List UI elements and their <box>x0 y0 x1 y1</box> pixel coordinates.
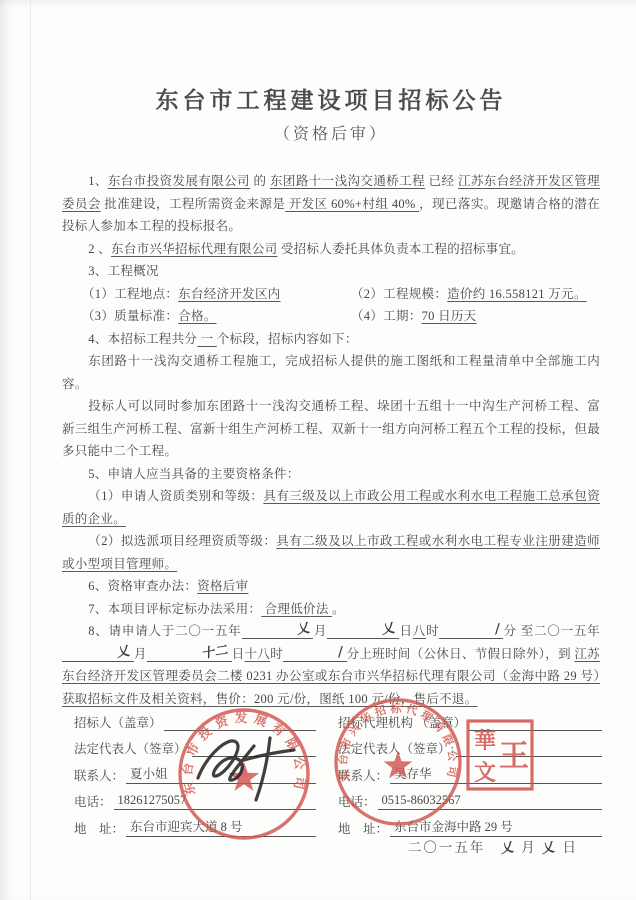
text: 个标段，招标内容如下： <box>217 332 358 346</box>
agency-seal-row: 招标代理机构 （盖章） <box>338 704 602 731</box>
blank-start-month: 乂 <box>242 625 314 639</box>
month-text: 月 <box>521 840 537 855</box>
value-underlined: 资格后审 <box>197 579 248 593</box>
project-name-underlined: 东团路十一浅沟交通桥工程 <box>270 174 425 188</box>
scan-crease-line <box>30 0 31 900</box>
bidder-address-row: 地 址：东台市迎宾大道 8 号 <box>74 810 316 837</box>
phone-number: 0515-86032567 <box>382 793 461 807</box>
label: （2）拟选派项目经理资质等级： <box>88 534 276 548</box>
handwritten-date: 十二 <box>176 644 228 665</box>
page-subtitle: （资格后审） <box>62 124 600 147</box>
bidder-contact-row: 联系人：夏小姐 <box>74 757 316 784</box>
label: 联系人： <box>74 766 124 784</box>
label: （1）申请人资质类别和等级： <box>88 489 263 503</box>
label: （1）工程地点： <box>82 287 178 301</box>
signature-line: 0515-86032567 <box>378 793 602 810</box>
label: （4）工期： <box>351 309 422 323</box>
label: 法定代表人（签章）: <box>74 739 190 757</box>
text: 日 <box>399 624 413 638</box>
text: 8、请申请人于二〇一五年 <box>88 624 241 638</box>
project-location: （1）工程地点：东台经济开发区内 <box>62 283 331 306</box>
label: 法定代表人（签章）: <box>338 739 454 757</box>
handwritten-mark: 乂 <box>91 645 130 664</box>
blank-start-minute: / <box>439 625 503 639</box>
document-date: 二〇一五年 乂 月 乂 日 <box>408 836 578 856</box>
bidder-phone-row: 电话：18261275057 <box>74 784 316 811</box>
construction-period: （4）工期：70 日历天 <box>331 305 600 328</box>
agency-name-underlined: 东台市兴华招标代理有限公司 <box>111 242 277 256</box>
section-6: 6、资格审查办法：资格后审 <box>62 575 600 598</box>
qualification-item-1: （1）申请人资质类别和等级：具有三级及以上市政公用工程或水利水电工程施工总承包资… <box>62 485 600 530</box>
blank-start-day: 乂 <box>327 625 399 639</box>
section-4-line-2: 东团路十一浅沟交通桥工程施工，完成招标人提供的施工图纸和工程量清单中全部施工内容… <box>62 350 600 395</box>
address: 东台市金海中路 29 号 <box>394 820 513 834</box>
text: 日 <box>232 647 245 661</box>
agency-contact-row: 联系人：吴存华 <box>338 757 602 784</box>
label: 地 址： <box>338 819 388 837</box>
handwritten-month: 乂 <box>501 836 516 858</box>
contact-name: 吴存华 <box>394 767 432 781</box>
label: 招标代理机构 （盖章） <box>338 713 466 731</box>
agency-signature-block: 招标代理机构 （盖章） 法定代表人（签章）: 联系人：吴存华 电话：0515-8… <box>338 704 602 837</box>
section-count-underlined: 一 <box>197 332 217 346</box>
label: 电话： <box>338 792 376 810</box>
text: 分 至二〇一五年 <box>503 624 600 638</box>
qualification-item-2: （2）拟选派项目经理资质等级：具有二级及以上市政工程或水利水电工程专业注册建造师… <box>62 530 600 575</box>
start-hour-underlined: 八 <box>413 624 426 638</box>
text: 受招标人委托具体负责本工程的招标事宜。 <box>277 242 524 256</box>
value-underlined: 70 日历天 <box>422 309 477 323</box>
label: 6、资格审查办法： <box>88 579 197 593</box>
section-7: 7、本项目评标定标办法采用： 合理低价法 。 <box>62 598 600 621</box>
value-underlined: 合格。 <box>178 309 216 323</box>
signature-area: 招标人（盖章） 法定代表人（签章）: 联系人：夏小姐 电话：1826127505… <box>74 704 602 837</box>
page-title: 东台市工程建设项目招标公告 <box>62 86 600 116</box>
item-number: 1、 <box>88 174 108 188</box>
text: 月 <box>313 624 327 638</box>
section-5-heading: 5、申请人应当具备的主要资格条件： <box>62 463 600 486</box>
end-hour-underlined: 十八 <box>245 647 271 661</box>
text: 已经 <box>425 174 458 188</box>
text: 分上班时间（公休日、节假日除外），到 <box>347 647 575 661</box>
item-number: 2 、 <box>88 242 111 256</box>
blank-end-minute: / <box>283 648 347 662</box>
label: （3）质量标准： <box>82 309 178 323</box>
bidder-name-underlined: 东台市投资发展有限公司 <box>108 174 250 188</box>
project-overview-row-1: （1）工程地点：东台经济开发区内 （2）工程规模：造价约 16.558121 万… <box>62 283 600 306</box>
text: 时 <box>270 647 283 661</box>
project-scale: （2）工程规模：造价约 16.558121 万元。 <box>331 283 600 306</box>
signature-line: 18261275057 <box>114 793 316 810</box>
handwritten-slash: / <box>469 623 500 641</box>
blank-end-day: 十二 <box>147 648 232 662</box>
blank-end-month: 乂 <box>62 648 134 662</box>
paragraph-1: 1、东台市投资发展有限公司 的 东团路十一浅沟交通桥工程 已经 江苏东台经济开发… <box>62 170 600 238</box>
bidder-seal-row: 招标人（盖章） <box>74 704 316 731</box>
text: 月 <box>134 647 147 661</box>
year-text: 二〇一五年 <box>408 840 486 855</box>
address: 东台市迎宾大道 8 号 <box>130 820 243 834</box>
handwritten-mark: 乂 <box>271 622 310 641</box>
scanned-document-page: 东台市工程建设项目招标公告 （资格后审） 1、东台市投资发展有限公司 的 东团路… <box>0 0 636 900</box>
text: 时 <box>426 624 439 638</box>
document-body: 东台市工程建设项目招标公告 （资格后审） 1、东台市投资发展有限公司 的 东团路… <box>62 0 600 710</box>
label: （2）工程规模： <box>351 287 447 301</box>
text: 的 <box>250 174 270 188</box>
section-3-heading: 3、工程概况 <box>62 260 600 283</box>
value-underlined: 合理低价法 <box>261 602 332 616</box>
signature-line: 东台市金海中路 29 号 <box>390 817 602 837</box>
agency-address-row: 地 址：东台市金海中路 29 号 <box>338 810 602 837</box>
handwritten-mark: 乂 <box>357 622 396 641</box>
label: 电话： <box>74 792 112 810</box>
section-4-line-3: 投标人可以同时参加东团路十一浅沟交通桥工程、垛团十五组十一中沟生产河桥工程、富新… <box>62 395 600 463</box>
bidder-legal-rep-row: 法定代表人（签章）: <box>74 731 316 758</box>
text: 4、本招标工程共分 <box>88 332 197 346</box>
signature-line: 吴存华 <box>390 764 602 784</box>
handwritten-day: 乂 <box>542 836 557 858</box>
bidder-signature-block: 招标人（盖章） 法定代表人（签章）: 联系人：夏小姐 电话：1826127505… <box>74 704 316 837</box>
paragraph-2: 2 、东台市兴华招标代理有限公司 受招标人委托具体负责本工程的招标事宜。 <box>62 238 600 261</box>
agency-legal-rep-row: 法定代表人（签章）: <box>338 731 602 758</box>
quality-standard: （3）质量标准：合格。 <box>62 305 331 328</box>
label: 联系人： <box>338 766 388 784</box>
agency-phone-row: 电话：0515-86032567 <box>338 784 602 811</box>
value-underlined: 造价约 16.558121 万元。 <box>447 287 586 301</box>
signature-line: 夏小姐 <box>126 764 316 784</box>
fund-source-underlined: 开发区 60%+村组 40% <box>285 197 419 211</box>
label: 地 址： <box>74 819 124 837</box>
section-8: 8、请申请人于二〇一五年乂月乂日八时/分 至二〇一五年乂月十二日十八时/分上班时… <box>62 620 600 710</box>
label: 招标人（盖章） <box>74 713 162 731</box>
label: 7、本项目评标定标办法采用： <box>88 602 261 616</box>
handwritten-slash: / <box>312 645 343 663</box>
phone-number: 18261275057 <box>118 793 187 807</box>
signature-line: 东台市迎宾大道 8 号 <box>126 817 316 837</box>
text: 批准建设，工程所需资金来源是 <box>101 197 285 211</box>
project-overview-row-2: （3）质量标准：合格。 （4）工期：70 日历天 <box>62 305 600 328</box>
contact-name: 夏小姐 <box>130 767 168 781</box>
section-4-heading: 4、本招标工程共分 一 个标段，招标内容如下： <box>62 328 600 351</box>
text: 。 <box>332 602 345 616</box>
day-text: 日 <box>563 840 579 855</box>
value-underlined: 东台经济开发区内 <box>178 287 280 301</box>
